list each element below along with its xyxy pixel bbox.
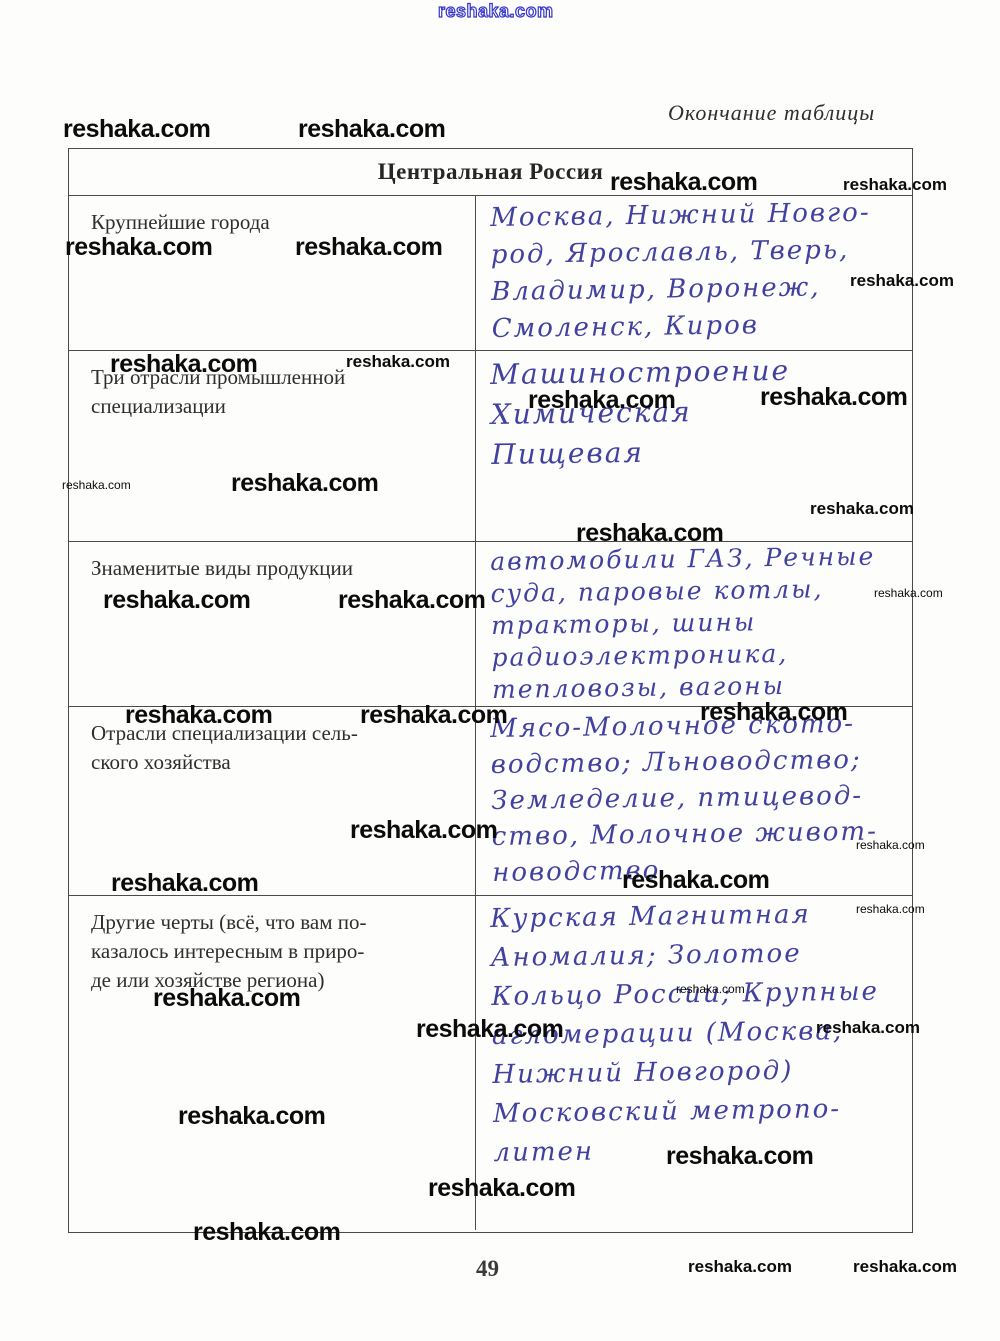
site-watermark: reshaka.com (666, 1144, 813, 1169)
site-watermark: reshaka.com (360, 703, 507, 728)
site-watermark: reshaka.com (853, 1258, 957, 1275)
site-watermark: reshaka.com (438, 2, 554, 20)
answer-line: Москва, Нижний Новго- (490, 194, 908, 237)
site-watermark: reshaka.com (688, 1258, 792, 1275)
site-watermark: reshaka.com (111, 871, 258, 896)
answer-line: род, Ярославль, Тверь, (491, 231, 909, 274)
site-watermark: reshaka.com (816, 1019, 920, 1036)
question-label: Знаменитые виды продукции (91, 554, 467, 583)
site-watermark: reshaka.com (295, 235, 442, 260)
site-watermark: reshaka.com (843, 176, 947, 193)
site-watermark: reshaka.com (622, 868, 769, 893)
site-watermark: reshaka.com (676, 983, 745, 995)
answer-line: Курская Магнитная (490, 894, 909, 939)
question-cell: Три отрасли промышленнойспециализации (69, 351, 476, 541)
site-watermark: reshaka.com (874, 587, 943, 599)
site-watermark: reshaka.com (856, 839, 925, 851)
answer-line: Смоленск, Киров (492, 305, 910, 348)
handwritten-answer: Москва, Нижний Новго-род, Ярославль, Тве… (490, 194, 910, 348)
label-line: Знаменитые виды продукции (91, 554, 467, 583)
question-cell: Знаменитые виды продукции (69, 542, 476, 706)
site-watermark: reshaka.com (231, 471, 378, 496)
handwritten-answer: автомобили ГАЗ, Речныесуда, паровые котл… (490, 540, 910, 706)
site-watermark: reshaka.com (856, 903, 925, 915)
question-cell: Отрасли специализации сель-ского хозяйст… (69, 707, 476, 895)
site-watermark: reshaka.com (62, 479, 131, 491)
site-watermark: reshaka.com (346, 353, 450, 370)
site-watermark: reshaka.com (153, 986, 300, 1011)
site-watermark: reshaka.com (65, 235, 212, 260)
answer-line: Пищевая (491, 429, 910, 475)
handwritten-answer: Мясо-Молочное ското-водство; Льноводство… (490, 705, 910, 891)
site-watermark: reshaka.com (428, 1176, 575, 1201)
question-label: Другие черты (всё, что вам по-казалось и… (91, 908, 467, 995)
site-watermark: reshaka.com (610, 170, 757, 195)
table-row-largest-cities: Крупнейшие города Москва, Нижний Новго-р… (69, 196, 912, 351)
site-watermark: reshaka.com (193, 1220, 340, 1245)
site-watermark: reshaka.com (110, 352, 257, 377)
answer-line: Аномалия; Золотое (491, 933, 910, 978)
site-watermark: reshaka.com (576, 521, 723, 546)
site-watermark: reshaka.com (350, 818, 497, 843)
site-watermark: reshaka.com (850, 272, 954, 289)
site-watermark: reshaka.com (103, 588, 250, 613)
site-watermark: reshaka.com (63, 117, 210, 142)
page-number: 49 (476, 1256, 499, 1282)
table-row-famous-products: Знаменитые виды продукции автомобили ГАЗ… (69, 542, 912, 707)
scanned-page: Окончание таблицы Центральная Россия Кру… (0, 0, 1000, 1341)
region-table: Центральная Россия Крупнейшие города Мос… (68, 148, 913, 1233)
site-watermark: reshaka.com (528, 388, 675, 413)
table-row-agriculture-specialization: Отрасли специализации сель-ского хозяйст… (69, 707, 912, 896)
label-line: специализации (91, 392, 467, 421)
table-continuation-caption: Окончание таблицы (668, 100, 918, 126)
answer-line: водство; Льноводство; (491, 741, 909, 783)
answer-line: Московский метропо- (493, 1089, 912, 1134)
site-watermark: reshaka.com (298, 117, 445, 142)
answer-line: Земледелие, птицевод- (491, 777, 909, 819)
label-line: казалось интересным в приро- (91, 937, 467, 966)
question-cell: Крупнейшие города (69, 196, 476, 350)
answer-cell: автомобили ГАЗ, Речныесуда, паровые котл… (476, 542, 912, 706)
table-row-industrial-specialization: Три отрасли промышленнойспециализации Ма… (69, 351, 912, 542)
table-header-central-russia: Центральная Россия (69, 149, 912, 196)
answer-line: ство, Молочное живот- (492, 813, 910, 855)
site-watermark: reshaka.com (416, 1017, 563, 1042)
answer-line: Владимир, Воронеж, (491, 268, 909, 311)
label-line: Другие черты (всё, что вам по- (91, 908, 467, 937)
answer-line: Нижний Новгород) (492, 1050, 911, 1095)
site-watermark: reshaka.com (760, 385, 907, 410)
question-cell: Другие черты (всё, что вам по-казалось и… (69, 896, 476, 1230)
site-watermark: reshaka.com (178, 1104, 325, 1129)
answer-cell: Москва, Нижний Новго-род, Ярославль, Тве… (476, 196, 912, 350)
site-watermark: reshaka.com (700, 700, 847, 725)
site-watermark: reshaka.com (125, 703, 272, 728)
site-watermark: reshaka.com (810, 500, 914, 517)
site-watermark: reshaka.com (338, 588, 485, 613)
label-line: ского хозяйства (91, 748, 467, 777)
